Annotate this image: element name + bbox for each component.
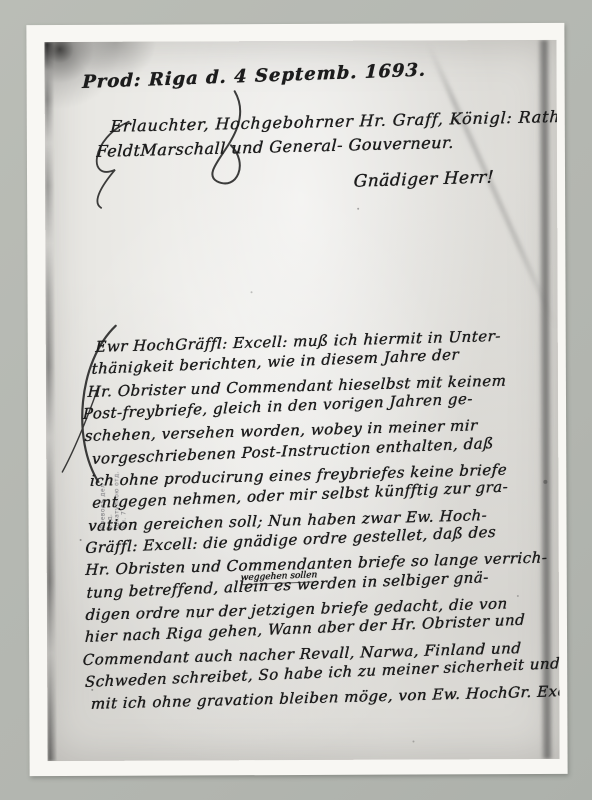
salutation-line-1: Erlauchter, Hochgebohrner Hr. Graff, Kön… — [110, 107, 560, 136]
salutation-line-2: FeldtMarschall und General- Gouverneur. — [96, 133, 454, 161]
photo-print: Воеводъ дел ряд. Шкатулкою отд. Кн. 7 Pr… — [26, 23, 567, 776]
dated-heading: Prod: Riga d. 4 Septemb. 1693. — [82, 60, 427, 93]
page-gutter-shadow — [537, 40, 552, 759]
manuscript-photo: Воеводъ дел ряд. Шкатулкою отд. Кн. 7 Pr… — [44, 40, 559, 761]
paper-specks — [44, 42, 46, 44]
photo-mat-background: Воеводъ дел ряд. Шкатулкою отд. Кн. 7 Pr… — [0, 0, 592, 800]
greeting-line: Gnädiger Herr! — [353, 167, 494, 191]
page-left-edge-shadow — [44, 42, 57, 761]
